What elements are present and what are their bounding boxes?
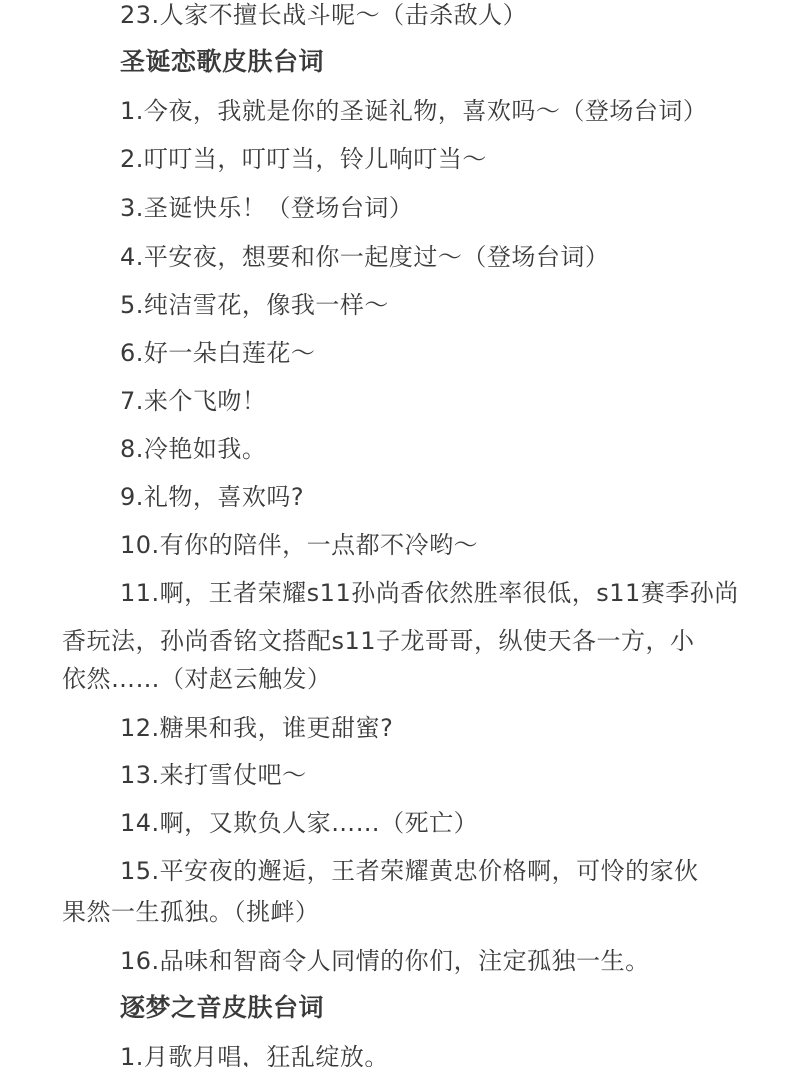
dialogue-line: 10.有你的陪伴，一点都不冷哟～	[120, 530, 478, 560]
dialogue-line: 2.叮叮当，叮叮当，铃儿响叮当～	[120, 144, 487, 174]
dialogue-line: 14.啊，又欺负人家……（死亡）	[120, 808, 478, 838]
dialogue-line: 1.今夜，我就是你的圣诞礼物，喜欢吗～（登场台词）	[120, 96, 707, 126]
dialogue-line: 11.啊，王者荣耀s11孙尚香依然胜率很低，s11赛季孙尚	[120, 578, 739, 608]
dialogue-line: 9.礼物，喜欢吗?	[120, 482, 304, 512]
section-heading: 圣诞恋歌皮肤台词	[120, 47, 324, 77]
dialogue-line: 16.品味和智商令人同情的你们，注定孤独一生。	[120, 946, 650, 976]
dialogue-line: 12.糖果和我，谁更甜蜜?	[120, 713, 393, 743]
dialogue-line: 23.人家不擅长战斗呢～（击杀敌人）	[120, 0, 527, 30]
dialogue-line: 8.冷艳如我。	[120, 434, 266, 464]
dialogue-line-continuation: 依然……（对赵云触发）	[62, 664, 332, 694]
dialogue-line: 13.来打雪仗吧～	[120, 760, 307, 790]
dialogue-line: 6.好一朵白莲花～	[120, 338, 315, 368]
dialogue-line: 15.平安夜的邂逅，王者荣耀黄忠价格啊，可怜的家伙	[120, 856, 699, 886]
section-heading: 逐梦之音皮肤台词	[120, 993, 324, 1023]
dialogue-line: 1.月歌月唱，狂乱绽放。	[120, 1042, 389, 1067]
dialogue-line: 7.来个飞吻！	[120, 386, 266, 416]
dialogue-line-continuation: 香玩法，孙尚香铭文搭配s11子龙哥哥，纵使天各一方，小	[62, 626, 695, 656]
dialogue-line: 3.圣诞快乐！（登场台词）	[120, 193, 413, 223]
dialogue-line-continuation: 果然一生孤独。（挑衅）	[62, 897, 320, 927]
dialogue-line: 5.纯洁雪花，像我一样～	[120, 290, 389, 320]
dialogue-line: 4.平安夜，想要和你一起度过～（登场台词）	[120, 242, 609, 272]
